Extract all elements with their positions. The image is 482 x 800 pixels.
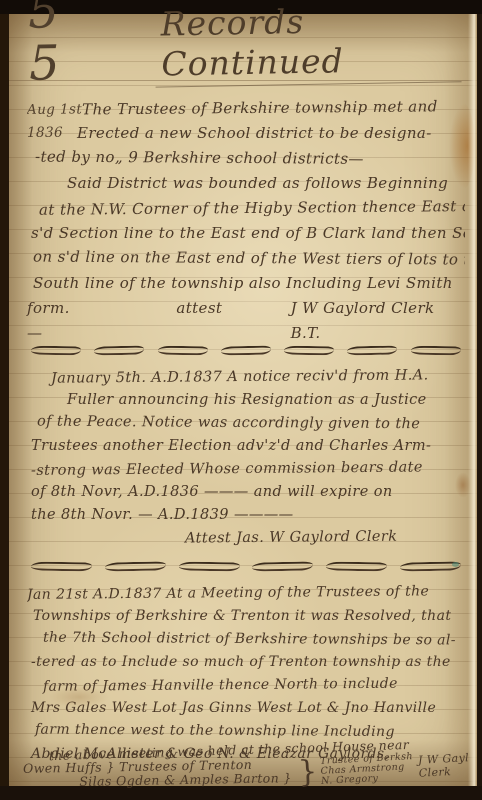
manuscript-line: 1836 Erected a new School district to be… xyxy=(27,121,465,146)
divider-dash xyxy=(31,346,81,356)
divider-dash xyxy=(284,346,334,356)
manuscript-line: -strong was Elected Whose commission bea… xyxy=(27,456,465,483)
manuscript-line: Jan 21st A.D.1837 At a Meeting of the Tr… xyxy=(27,580,465,607)
manuscript-line: January 5th. A.D.1837 A notice reciv'd f… xyxy=(27,364,465,391)
entry-divider xyxy=(31,562,461,570)
divider-dash xyxy=(252,561,313,571)
divider-dash xyxy=(326,562,387,572)
ink-speck xyxy=(452,562,459,567)
ledger-photo: 5 5 Records Continued Aug 1st The Truste… xyxy=(0,0,482,800)
manuscript-line: farm of James Hanville thence North to i… xyxy=(27,672,465,699)
line-text: Erected a new School district to be desi… xyxy=(77,121,432,146)
page-numerals: 5 5 xyxy=(28,0,130,90)
page-title: Records Continued xyxy=(154,0,461,88)
page-header: 5 5 Records Continued xyxy=(28,16,461,90)
divider-dash xyxy=(105,561,166,571)
manuscript-line: on s'd line on the East end of the West … xyxy=(27,244,465,272)
divider-dash xyxy=(411,346,461,356)
divider-dash xyxy=(31,562,92,572)
brace-glyph: } xyxy=(297,757,318,788)
manuscript-line: Trustees another Election adv'z'd and Ch… xyxy=(27,435,465,458)
divider-dash xyxy=(347,345,397,355)
clerk-signature: J W Gaylord Clerk B.T. xyxy=(291,296,465,321)
margin-date: Aug 1st xyxy=(27,97,82,122)
line-text: The Trustees of Berkshire township met a… xyxy=(82,94,438,122)
berkshire-trustees-signatures: } Trustee of Berksh Chas Armstrong N. Gr… xyxy=(297,749,470,788)
closing-word: form. — xyxy=(27,296,89,321)
ledger-page: 5 5 Records Continued Aug 1st The Truste… xyxy=(9,14,477,786)
manuscript-line: the 7th School district of Berkshire tow… xyxy=(27,626,465,652)
clerk-title: Clerk xyxy=(418,764,470,780)
manuscript-line: Said District was bounded as follows Beg… xyxy=(27,171,465,196)
clerk-signature: J W Gayl Clerk xyxy=(415,751,469,780)
divider-dash xyxy=(94,345,144,355)
manuscript-line: s'd Section line to the East end of B Cl… xyxy=(27,221,465,246)
divider-dash xyxy=(157,346,207,356)
manuscript-line: of 8th Novr, A.D.1836 ——— and will expir… xyxy=(27,481,465,504)
attest-label: attest xyxy=(176,296,222,321)
header-rule xyxy=(9,80,477,81)
manuscript-line: South line of the township also Includin… xyxy=(27,271,465,296)
entry-jan-5-1837: January 5th. A.D.1837 A notice reciv'd f… xyxy=(27,366,465,550)
manuscript-line: Townships of Berkshire & Trenton it was … xyxy=(27,605,465,628)
attestation-row: form. — attest J W Gaylord Clerk B.T. xyxy=(27,296,465,321)
signature-name: N. Gregory xyxy=(321,772,414,787)
divider-dash xyxy=(179,562,240,572)
attestation-row: Attest Jas. W Gaylord Clerk xyxy=(27,525,465,552)
entry-divider xyxy=(31,346,461,354)
manuscript-line: of the Peace. Notice was accordingly giv… xyxy=(27,410,465,436)
manuscript-line: -ted by no„ 9 Berkshire school districts… xyxy=(27,144,465,172)
manuscript-line: Aug 1st The Trustees of Berkshire townsh… xyxy=(27,94,465,123)
manuscript-line: -tered as to Include so much of Trenton … xyxy=(27,651,465,674)
signature-cluster: the above meeting was held at the school… xyxy=(23,739,470,790)
divider-dash xyxy=(221,345,271,355)
berkshire-trustees-names: Trustee of Berksh Chas Armstrong N. Greg… xyxy=(319,752,413,787)
manuscript-line: the 8th Novr. — A.D.1839 ———— xyxy=(27,504,465,527)
manuscript-line: Fuller announcing his Resignation as a J… xyxy=(27,389,465,412)
manuscript-line: at the N.W. Corner of the Higby Section … xyxy=(27,194,465,223)
margin-year: 1836 xyxy=(27,121,77,146)
manuscript-line: Mrs Gales West Lot Jas Ginns West Lot & … xyxy=(27,697,465,720)
entry-aug-1836: Aug 1st The Trustees of Berkshire townsh… xyxy=(27,96,465,321)
